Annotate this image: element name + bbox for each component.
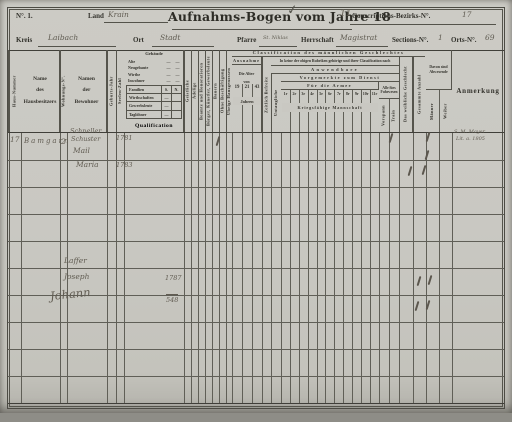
armee-class-numbers: 1r 2r 3r 4r 5r 6r 7r 8r 9r 10r 11r (281, 91, 379, 99)
handwritten-entry: 2 (61, 137, 66, 146)
handwritten-entry: 548 (166, 294, 178, 304)
handwritten-entry: S. M. Mayer (454, 129, 485, 135)
armee-class: 8r (343, 91, 352, 99)
pfarre-value: St. Niklas (263, 35, 288, 41)
armee-class: 11r (370, 91, 379, 99)
title-year-value: 11 (340, 9, 351, 19)
armee-class: 2r (290, 91, 299, 99)
armee-class: 5r (317, 91, 326, 99)
handwritten-entry: Maria (76, 160, 99, 169)
grid-and-handwriting-layer: 17Bamgarn2SchnellerSchuster1781MailMaria… (0, 0, 512, 422)
handwritten-entry: Laffer (64, 256, 87, 265)
kriegsfaehige-label: Kriegsfähige Mannschaft (282, 103, 378, 112)
handwritten-entry: 17 (10, 135, 20, 144)
scanned-census-sheet: N°. 1. Land Krain Aufnahms-Bogen vom Jah… (0, 0, 512, 422)
armee-class: 6r (326, 91, 335, 99)
body-row-rule (8, 376, 504, 377)
conscription-value: 17 (462, 10, 472, 19)
abwesende-col-rule (439, 90, 440, 132)
armee-class: 10r (361, 91, 370, 99)
tally-mark (415, 301, 419, 311)
handwritten-entry: Mail (73, 146, 90, 155)
body-row-rule (8, 322, 504, 323)
age-value: 19 (232, 85, 242, 94)
body-row-rule (8, 214, 504, 215)
ort-value: Stadt (160, 33, 180, 42)
armee-class: 4r (308, 91, 317, 99)
handwritten-entry: Joseph (64, 272, 89, 281)
handwritten-entry: 1787 (165, 274, 182, 282)
land-value: Krain (108, 10, 129, 19)
ausnahme-unit: Jahren (233, 97, 261, 105)
body-row-rule (8, 349, 504, 350)
armee-class: 1r (281, 91, 290, 99)
handwritten-entry: Johann (49, 285, 91, 303)
fuhrwesen-col-rule (389, 99, 390, 132)
body-row-rule (8, 268, 504, 269)
handwritten-entry: Schneller (70, 127, 101, 135)
herrschaft-value: Magistrat (340, 33, 377, 42)
sections-value: 1 (438, 33, 443, 42)
orts-value: 69 (485, 33, 495, 42)
armee-class: 7r (334, 91, 343, 99)
handwritten-entry: Lit. a. 1805 (456, 136, 485, 142)
body-row-rule (8, 187, 504, 188)
handwritten-entry: Schuster (71, 135, 100, 143)
armee-class: 9r (352, 91, 361, 99)
handwritten-entry: 1781 (116, 134, 133, 142)
tally-mark (417, 276, 421, 286)
tally-mark (408, 166, 412, 176)
tally-mark (428, 275, 432, 285)
kreis-value: Laibach (48, 33, 78, 42)
ausnahme-ages: 19 21 43 (232, 85, 262, 94)
body-row-rule (8, 241, 504, 242)
armee-class: 3r (299, 91, 308, 99)
age-value: 43 (252, 85, 262, 94)
age-value: 21 (242, 85, 252, 94)
handwritten-entry: 1783 (116, 161, 133, 169)
